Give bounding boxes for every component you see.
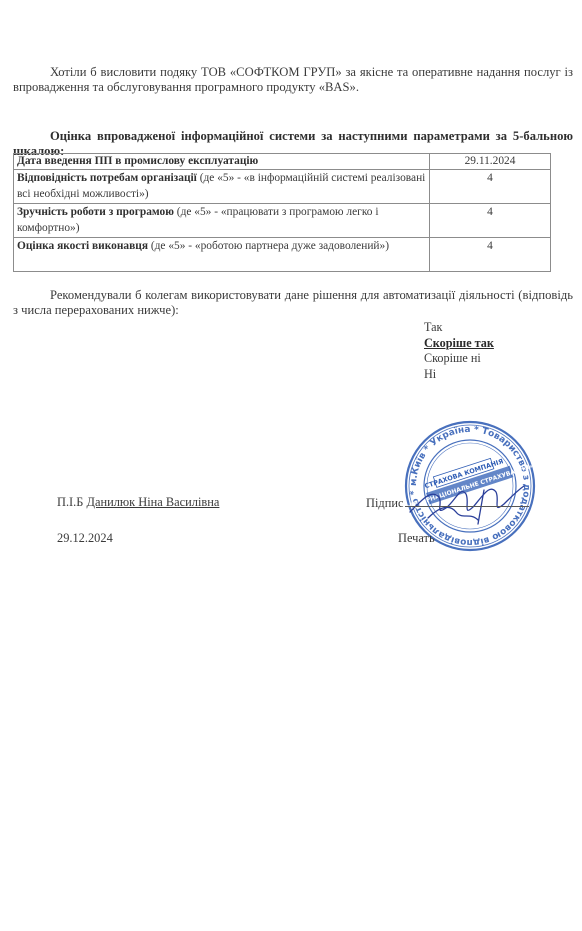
signature-line: Підпис	[366, 495, 529, 511]
option-yes: Так	[424, 320, 494, 336]
signature-underline	[405, 495, 529, 507]
signature-label: Підпис	[366, 496, 403, 510]
row-label-bold: Відповідність потребам організації	[17, 172, 197, 184]
table-row: Зручність роботи з програмою (де «5» - «…	[14, 204, 551, 238]
row-value: 4	[430, 238, 551, 272]
pib-line: П.І.Б Данилюк Ніна Василівна	[57, 495, 219, 510]
row-label: Дата введення ПП в промислову експлуатац…	[14, 154, 430, 170]
document-date: 29.12.2024	[57, 531, 113, 546]
row-label-bold: Дата введення ПП в промислову експлуатац…	[17, 155, 258, 167]
thanks-paragraph: Хотіли б висловити подяку ТОВ «СОФТКОМ Г…	[13, 65, 573, 95]
recommend-paragraph: Рекомендували б колегам використовувати …	[13, 288, 573, 318]
row-value: 4	[430, 170, 551, 204]
row-label: Оцінка якості виконавця (де «5» - «робот…	[14, 238, 430, 272]
evaluation-table: Дата введення ПП в промислову експлуатац…	[13, 153, 551, 272]
thanks-text: Хотіли б висловити подяку ТОВ «СОФТКОМ Г…	[13, 65, 573, 94]
table-row: Оцінка якості виконавця (де «5» - «робот…	[14, 238, 551, 272]
row-label: Відповідність потребам організації (де «…	[14, 170, 430, 204]
row-label-bold: Зручність роботи з програмою	[17, 206, 174, 218]
pib-name: Данилюк Ніна Василівна	[87, 495, 220, 509]
row-label: Зручність роботи з програмою (де «5» - «…	[14, 204, 430, 238]
table-row: Дата введення ПП в промислову експлуатац…	[14, 154, 551, 170]
row-label-bold: Оцінка якості виконавця	[17, 240, 148, 252]
option-rather-yes: Скоріше так	[424, 336, 494, 352]
row-label-note: (де «5» - «роботою партнера дуже задовол…	[148, 240, 389, 252]
table-row: Відповідність потребам організації (де «…	[14, 170, 551, 204]
recommend-options: Так Скоріше так Скоріше ні Ні	[424, 320, 494, 382]
row-value: 4	[430, 204, 551, 238]
option-no: Ні	[424, 367, 494, 383]
option-rather-no: Скоріше ні	[424, 351, 494, 367]
row-value: 29.11.2024	[430, 154, 551, 170]
seal-label: Печать	[398, 531, 435, 546]
pib-label: П.І.Б	[57, 495, 83, 509]
recommend-text: Рекомендували б колегам використовувати …	[13, 288, 573, 317]
